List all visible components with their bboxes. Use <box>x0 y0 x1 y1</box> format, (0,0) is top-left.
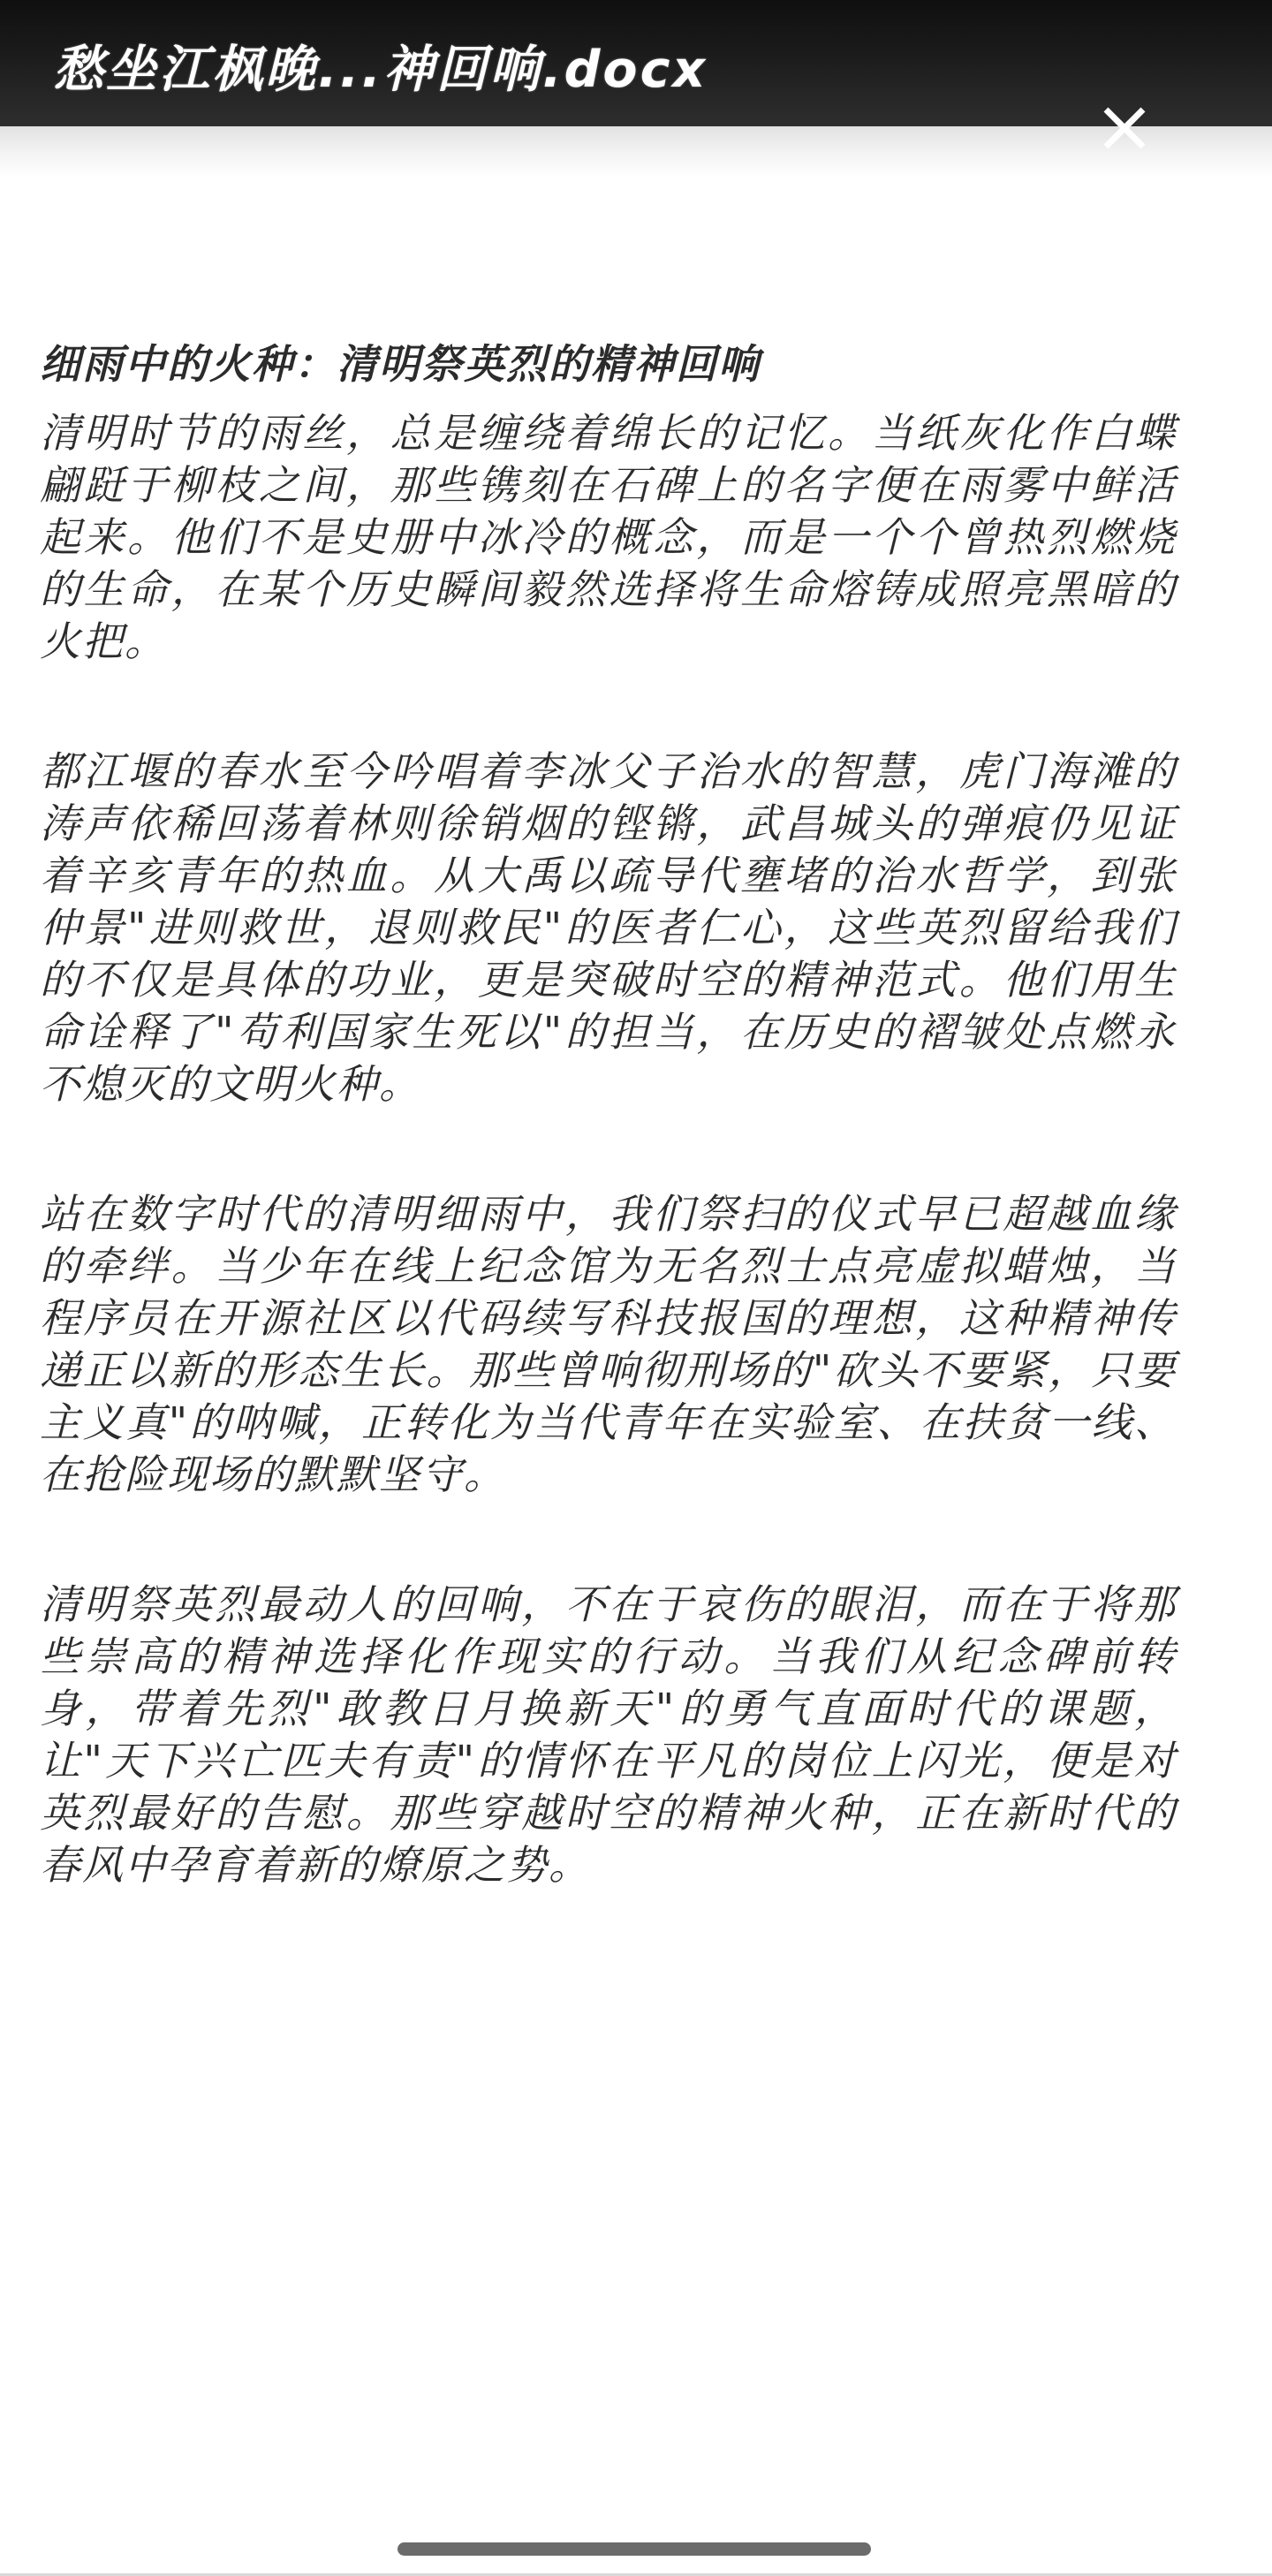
close-button[interactable] <box>1095 99 1154 157</box>
title-bar: 愁坐江枫晚...神回响.docx <box>0 0 1272 126</box>
paragraph-4: 清明祭英烈最动人的回响，不在于哀伤的眼泪，而在于将那些崇高的精神选择化作现实的行… <box>40 1579 1177 1891</box>
paragraph-2: 都江堰的春水至今吟唱着李冰父子治水的智慧，虎门海滩的涛声依稀回荡着林则徐销烟的铿… <box>40 746 1177 1110</box>
document-preview-screen: 愁坐江枫晚...神回响.docx 细雨中的火种：清明祭英烈的精神回响 清明时节的… <box>0 0 1272 2576</box>
document-page[interactable]: 细雨中的火种：清明祭英烈的精神回响 清明时节的雨丝，总是缠绕着绵长的记忆。当纸灰… <box>0 178 1272 1891</box>
document-filename: 愁坐江枫晚...神回响.docx <box>53 41 708 99</box>
home-indicator[interactable] <box>397 2542 871 2556</box>
paragraph-3: 站在数字时代的清明细雨中，我们祭扫的仪式早已超越血缘的牵绊。当少年在线上纪念馆为… <box>40 1188 1177 1501</box>
header-shadow <box>0 126 1272 178</box>
close-icon <box>1102 105 1147 151</box>
document-title: 细雨中的火种：清明祭英烈的精神回响 <box>40 338 1177 390</box>
paragraph-1: 清明时节的雨丝，总是缠绕着绵长的记忆。当纸灰化作白蝶翩跹于柳枝之间，那些镌刻在石… <box>40 407 1177 668</box>
